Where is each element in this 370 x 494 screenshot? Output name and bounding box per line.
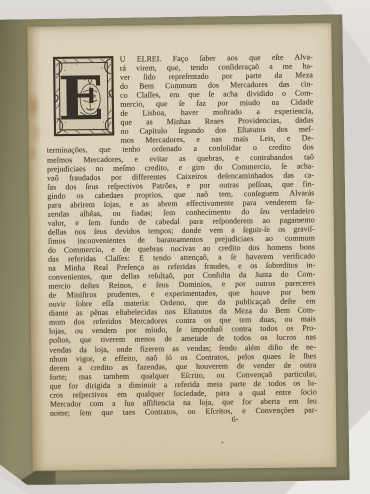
main-text-block: terminações, que tenho ordenado a conſol… [47,143,317,418]
foxing-stain [28,91,44,163]
text-column: U ELREI. Faço ſaber aos que eſte Alva-rá… [46,52,317,417]
document-page: E U ELREI. F [27,23,336,471]
photo-backdrop: E U ELREI. F [0,0,370,494]
ink-speck [221,442,223,444]
catchword: ti- [195,414,275,424]
opening-text-block: U ELREI. Faço ſaber aos que eſte Alva-rá… [120,52,314,145]
